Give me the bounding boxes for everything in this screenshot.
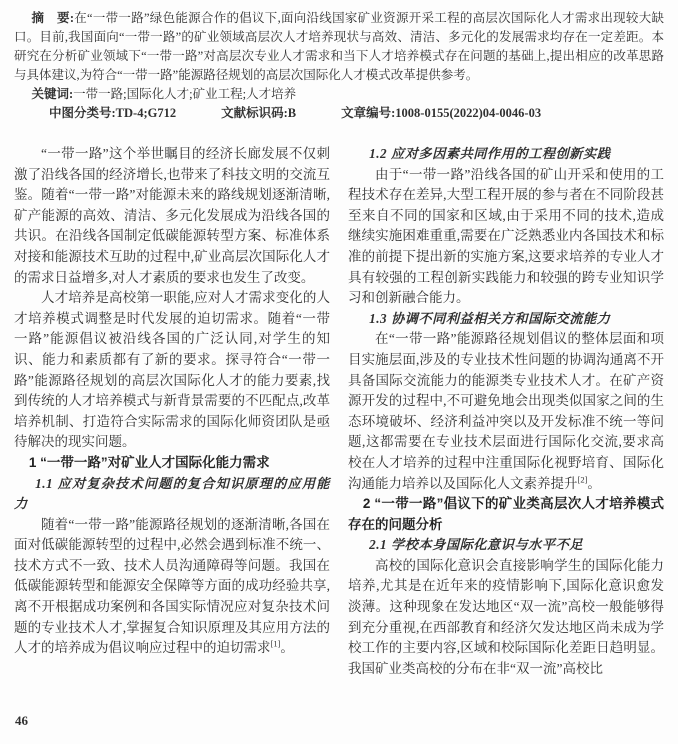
journal-paper-page: 摘 要:在“一带一路”绿色能源合作的倡议下,面向沿线国家矿业资源开采工程的高层次… — [0, 0, 678, 744]
abstract-text: 在“一带一路”绿色能源合作的倡议下,面向沿线国家矿业资源开采工程的高层次国际化人… — [14, 11, 664, 82]
section-1-2-paragraph: 由于“一带一路”沿线各国的矿山开采和使用的工程技术存在差异,大型工程开展的参与者… — [348, 165, 664, 309]
abstract-label: 摘 要: — [32, 11, 75, 25]
citation-ref-1: [1] — [271, 639, 281, 649]
section-1-2-heading: 1.2 应对多因素共同作用的工程创新实践 — [348, 144, 664, 165]
section-1-1-heading: 1.1 应对复杂技术问题的复合知识原理的应用能力 — [14, 474, 330, 515]
article-no-value: 1008-0155(2022)04-0046-03 — [395, 106, 541, 120]
left-column: “一带一路”这个举世瞩目的经济长廊发展不仅刺激了沿线各国的经济增长,也带来了科技… — [14, 144, 330, 679]
page-number: 46 — [15, 713, 28, 729]
clc-label: 中图分类号: — [49, 106, 116, 120]
keywords-line: 关键词:一带一路;国际化人才;矿业工程;人才培养 — [14, 85, 664, 104]
citation-ref-2: [2] — [578, 474, 588, 484]
classification-line: 中图分类号:TD-4;G712文献标识码:B文章编号:1008-0155(202… — [14, 104, 664, 123]
body-columns: “一带一路”这个举世瞩目的经济长廊发展不仅刺激了沿线各国的经济增长,也带来了科技… — [0, 123, 678, 679]
article-no-label: 文章编号: — [341, 106, 395, 120]
doc-code-label: 文献标识码: — [221, 106, 288, 120]
abstract-paragraph: 摘 要:在“一带一路”绿色能源合作的倡议下,面向沿线国家矿业资源开采工程的高层次… — [14, 9, 664, 85]
abstract-section: 摘 要:在“一带一路”绿色能源合作的倡议下,面向沿线国家矿业资源开采工程的高层次… — [0, 0, 678, 123]
section-1-3-heading: 1.3 协调不同利益相关方和国际交流能力 — [348, 309, 664, 330]
section-2-heading: 2 “一带一路”倡议下的矿业类高层次人才培养模式存在的问题分析 — [348, 494, 664, 535]
keywords-label: 关键词: — [32, 87, 74, 101]
clc-value: TD-4;G712 — [116, 106, 176, 120]
doc-code-item: 文献标识码:B — [221, 104, 296, 123]
article-no-item: 文章编号:1008-0155(2022)04-0046-03 — [341, 104, 541, 123]
section-1-1-tail: 。 — [280, 640, 294, 655]
doc-code-value: B — [288, 106, 296, 120]
section-1-heading: 1 “一带一路”对矿业人才国际化能力需求 — [14, 453, 330, 474]
section-1-3-text: 在“一带一路”能源路径规划倡议的整体层面和项目实施层面,涉及的专业技术性问题的协… — [348, 331, 664, 490]
section-1-1-paragraph: 随着“一带一路”能源路径规划的逐渐清晰,各国在面对低碳能源转型的过程中,必然会遇… — [14, 515, 330, 659]
keywords-text: 一带一路;国际化人才;矿业工程;人才培养 — [73, 87, 296, 101]
intro-paragraph-2: 人才培养是高校第一职能,应对人才需求变化的人才培养模式调整是时代发展的迫切需求。… — [14, 288, 330, 453]
section-1-3-paragraph: 在“一带一路”能源路径规划倡议的整体层面和项目实施层面,涉及的专业技术性问题的协… — [348, 329, 664, 494]
section-1-3-tail: 。 — [587, 476, 601, 491]
section-2-1-paragraph: 高校的国际化意识会直接影响学生的国际化能力培养,尤其是在近年来的疫情影响下,国际… — [348, 556, 664, 680]
right-column: 1.2 应对多因素共同作用的工程创新实践 由于“一带一路”沿线各国的矿山开采和使… — [348, 144, 664, 679]
intro-paragraph-1: “一带一路”这个举世瞩目的经济长廊发展不仅刺激了沿线各国的经济增长,也带来了科技… — [14, 144, 330, 288]
section-2-1-heading: 2.1 学校本身国际化意识与水平不足 — [348, 535, 664, 556]
section-1-1-text: 随着“一带一路”能源路径规划的逐渐清晰,各国在面对低碳能源转型的过程中,必然会遇… — [14, 517, 330, 656]
clc-item: 中图分类号:TD-4;G712 — [32, 104, 177, 123]
